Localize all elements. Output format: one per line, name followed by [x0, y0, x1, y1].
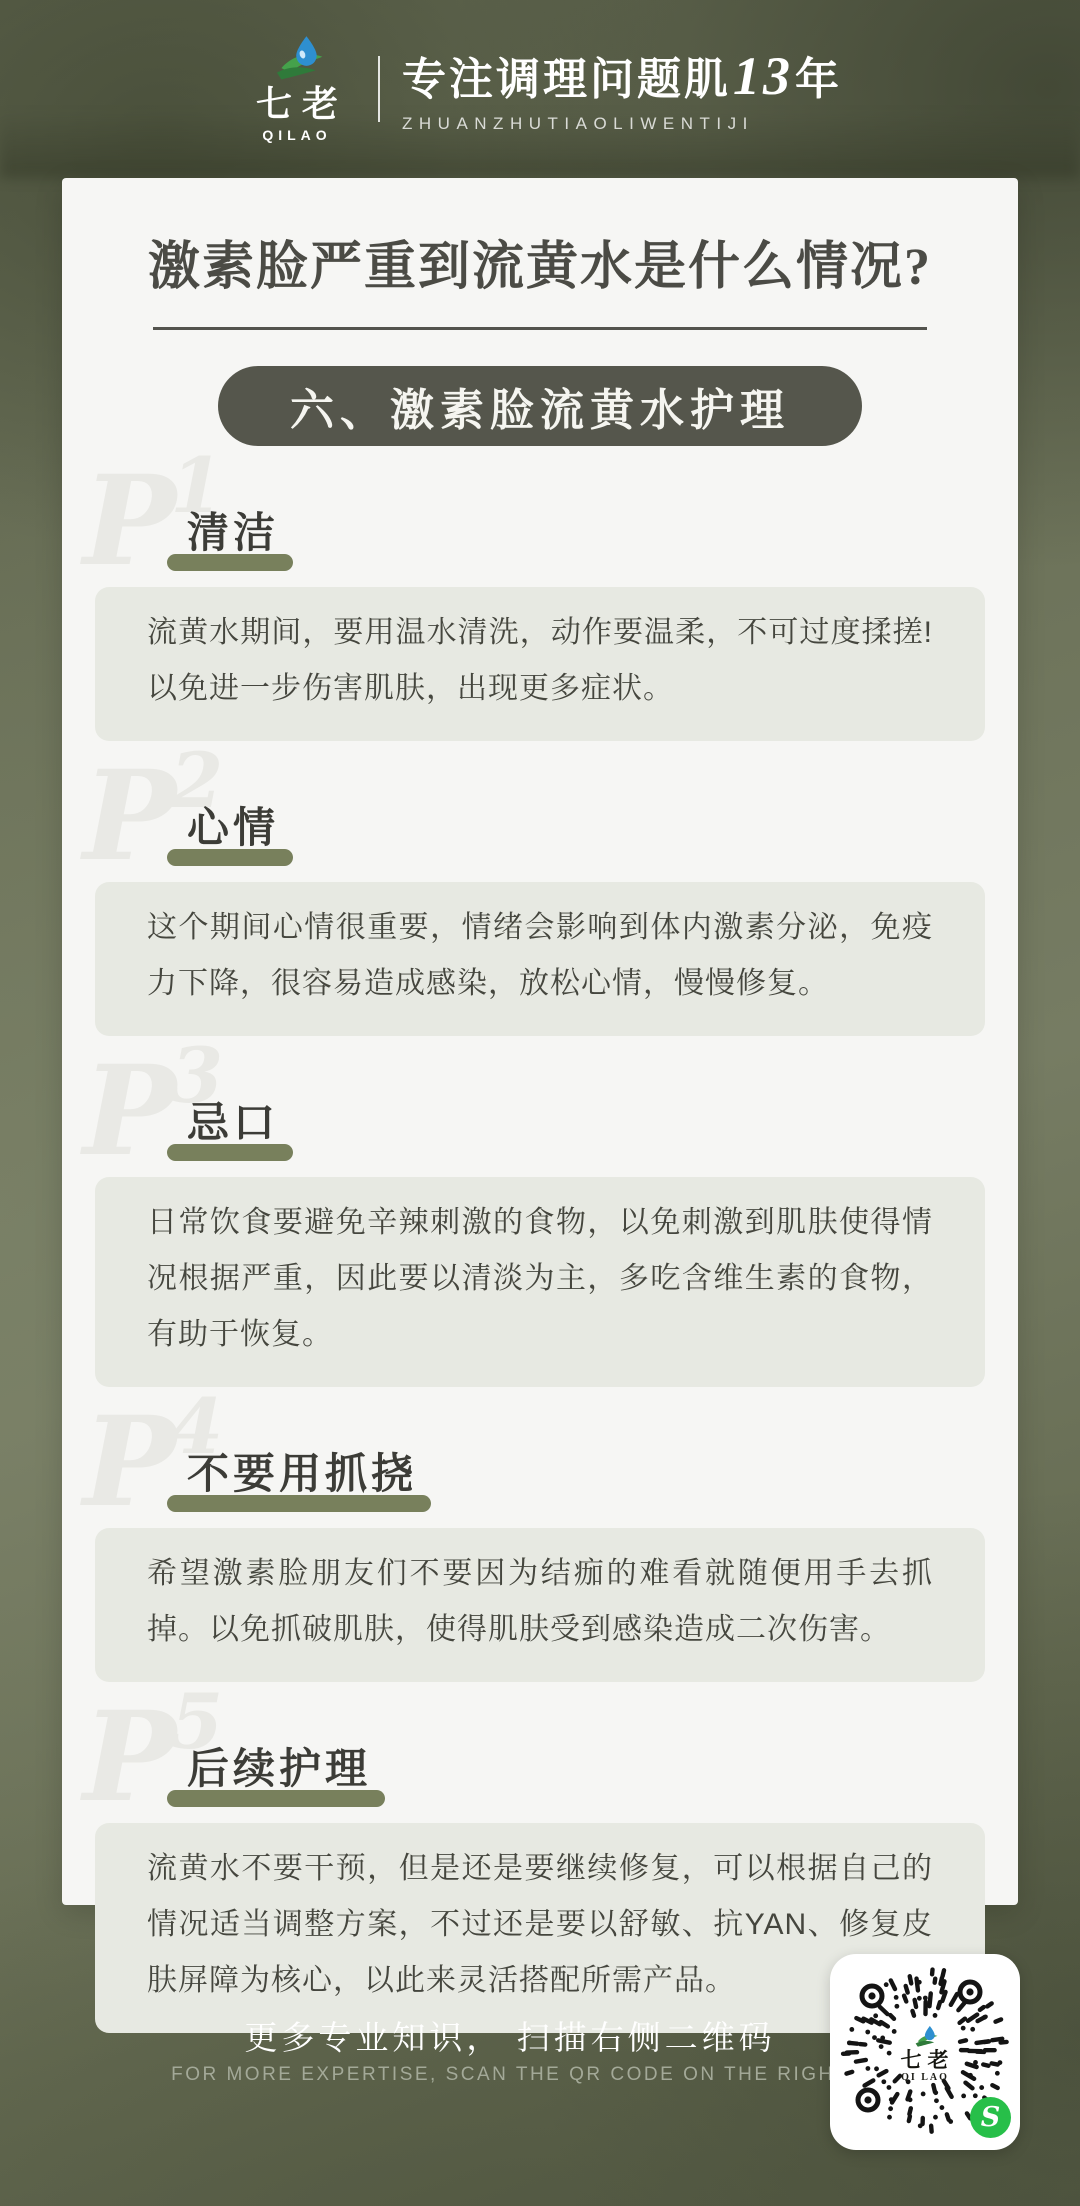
section-diet: P3 忌口 日常饮食要避免辛辣刺激的食物，以免刺激到肌肤使得情况根据严重，因此要… — [95, 1090, 985, 1387]
section-body: 这个期间心情很重要，情绪会影响到体内激素分泌，免疫力下降，很容易造成感染，放松心… — [147, 900, 933, 1012]
tagline-suffix: 年 — [795, 55, 842, 104]
qr-center-logo: 七老 QI LAO — [883, 2025, 967, 2083]
tagline-prefix: 专注调理问题肌 — [402, 55, 731, 104]
watermark-letter: P — [83, 449, 170, 594]
section-body: 流黄水不要干预，但是还是要继续修复，可以根据自己的情况适当调整方案，不过还是要以… — [147, 1841, 933, 2009]
section-body: 流黄水期间，要用温水清洗，动作要温柔，不可过度揉搓!以免进一步伤害肌肤，出现更多… — [147, 605, 933, 717]
section-heading: P3 忌口 — [95, 1090, 985, 1161]
section-heading: P4 不要用抓挠 — [95, 1441, 985, 1512]
tagline-years-number: 13 — [731, 46, 795, 106]
watermark-letter: P — [83, 744, 170, 889]
footer-note-en: FOR MORE EXPERTISE, SCAN THE QR CODE ON … — [140, 2064, 880, 2086]
logo-name-en: QILAO — [262, 127, 331, 143]
section-title: 不要用抓挠 — [187, 1441, 417, 1512]
section-text-box: 流黄水期间，要用温水清洗，动作要温柔，不可过度揉搓!以免进一步伤害肌肤，出现更多… — [95, 587, 985, 741]
brand-logo: 七老 QILAO — [238, 34, 356, 143]
content-card: 激素脸严重到流黄水是什么情况? 六、激素脸流黄水护理 P1 清洁 流黄水期间，要… — [62, 178, 1018, 1905]
brand-header: 七老 QILAO 专注调理问题肌13年 ZHUANZHUTIAOLIWENTIJ… — [0, 34, 1080, 143]
water-drop-leaf-logo-icon — [908, 2025, 943, 2049]
watermark-letter: P — [83, 1390, 170, 1535]
title-underline — [153, 327, 927, 330]
section-text-box: 日常饮食要避免辛辣刺激的食物，以免刺激到肌肤使得情况根据严重，因此要以清淡为主，… — [95, 1177, 985, 1387]
qr-logo-en: QI LAO — [883, 2072, 967, 2083]
brand-tagline: 专注调理问题肌13年 ZHUANZHUTIAOLIWENTIJI — [402, 43, 842, 134]
section-badge: 六、激素脸流黄水护理 — [218, 366, 862, 446]
section-heading: P2 心情 — [95, 795, 985, 866]
section-no-scratching: P4 不要用抓挠 希望激素脸朋友们不要因为结痂的难看就随便用手去抓掉。以免抓破肌… — [95, 1441, 985, 1682]
section-mood: P2 心情 这个期间心情很重要，情绪会影响到体内激素分泌，免疫力下降，很容易造成… — [95, 795, 985, 1036]
section-text-box: 这个期间心情很重要，情绪会影响到体内激素分泌，免疫力下降，很容易造成感染，放松心… — [95, 882, 985, 1036]
tagline-pinyin: ZHUANZHUTIAOLIWENTIJI — [402, 114, 842, 134]
watermark-letter: P — [83, 1039, 170, 1184]
section-body: 希望激素脸朋友们不要因为结痂的难看就随便用手去抓掉。以免抓破肌肤，使得肌肤受到感… — [147, 1546, 933, 1658]
section-heading: P5 后续护理 — [95, 1736, 985, 1807]
section-cleansing: P1 清洁 流黄水期间，要用温水清洗，动作要温柔，不可过度揉搓!以免进一步伤害肌… — [95, 500, 985, 741]
qr-logo-cn: 七老 — [888, 2049, 967, 2072]
section-heading: P1 清洁 — [95, 500, 985, 571]
section-text-box: 希望激素脸朋友们不要因为结痂的难看就随便用手去抓掉。以免抓破肌肤，使得肌肤受到感… — [95, 1528, 985, 1682]
section-title: 忌口 — [187, 1090, 279, 1161]
tagline-text: 专注调理问题肌13年 — [402, 43, 842, 107]
section-body: 日常饮食要避免辛辣刺激的食物，以免刺激到肌肤使得情况根据严重，因此要以清淡为主，… — [147, 1195, 933, 1363]
logo-name-cn: 七老 — [256, 76, 348, 127]
watermark-letter: P — [83, 1685, 170, 1830]
footer-note-cn: 更多专业知识， 扫描右侧二维码 — [140, 2012, 880, 2059]
section-title: 后续护理 — [187, 1736, 371, 1807]
mini-program-icon: S — [970, 2097, 1011, 2138]
section-title: 清洁 — [187, 500, 279, 571]
qr-code: 七老 QI LAO S — [830, 1954, 1020, 2150]
page-title: 激素脸严重到流黄水是什么情况? — [62, 224, 1018, 299]
header-divider — [378, 56, 380, 122]
section-title: 心情 — [187, 795, 279, 866]
